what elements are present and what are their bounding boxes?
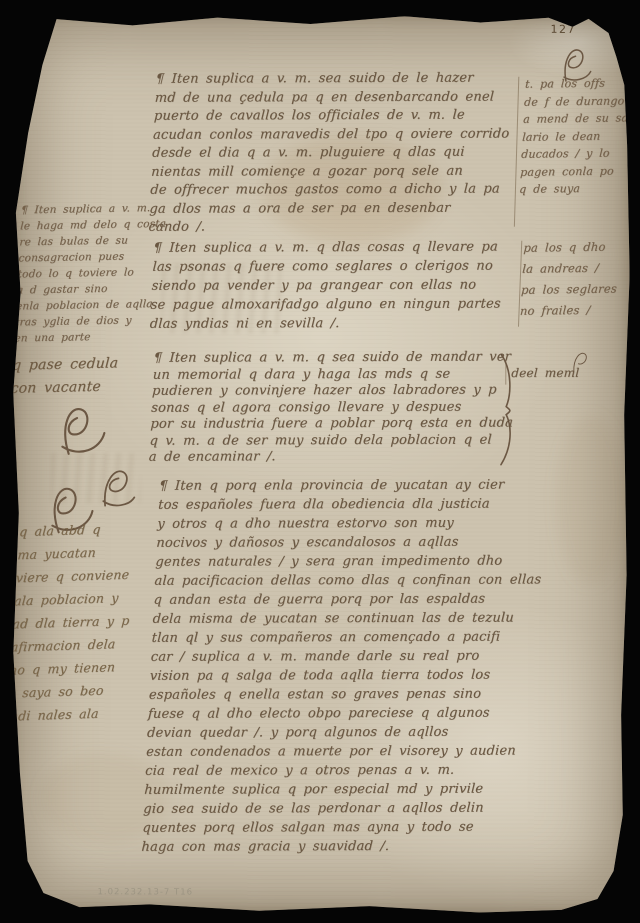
manuscript-paragraph: ¶ Iten suplica a v. m. sea suido de le h… <box>148 69 530 237</box>
manuscript-paragraph: ¶ Iten suplica a v. m. q dlas cosas q ll… <box>149 237 532 333</box>
right-margin-note: t. pa los offs de f de durango a mend de… <box>519 74 640 198</box>
manuscript-page: 127 1.02.232.13-7 T16 ¶ Iten suplica a v… <box>9 13 630 913</box>
paper-stain <box>556 415 627 585</box>
folio-number: 127 <box>550 23 576 36</box>
right-margin-note: deel meml <box>511 365 622 381</box>
left-margin-note: q pase cedula con vacante <box>10 352 155 401</box>
scan-background: 127 1.02.232.13-7 T16 ¶ Iten suplica a v… <box>0 0 640 923</box>
left-margin-note: ¶ Iten suplica a v. m. le haga md delo q… <box>14 200 162 347</box>
left-margin-note: q ala abd q ma yucatan viere q conviene … <box>5 516 162 728</box>
rubric-flourish-icon <box>93 461 147 513</box>
manuscript-paragraph: ¶ Iten suplica a v. m. q sea suido de ma… <box>148 349 532 466</box>
manuscript-paragraph: ¶ Iten q porq enla provincia de yucatan … <box>141 475 550 856</box>
pencil-shelfmark: 1.02.232.13-7 T16 <box>97 887 193 897</box>
right-margin-note: pa los q dho la andreas / pa los seglare… <box>519 236 640 322</box>
rubric-flourish-icon <box>45 395 116 461</box>
